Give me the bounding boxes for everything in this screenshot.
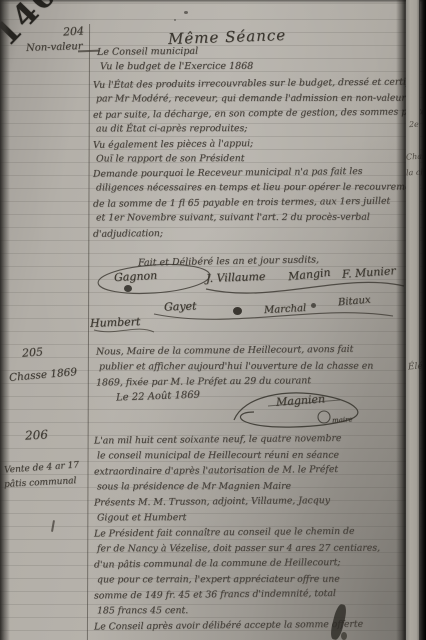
ink-blot [124, 285, 132, 292]
manuscript-line: sous la présidence de Mr Magnien Maire [97, 478, 380, 494]
paper-speck [174, 19, 176, 21]
signature: Gayet [164, 299, 197, 313]
manuscript-line: publier et afficher aujourd'hui l'ouvert… [99, 358, 373, 374]
signature: Marchal [264, 303, 307, 316]
binding-edge [419, 0, 426, 640]
manuscript-line: le conseil municipal de Heillecourt réun… [97, 447, 380, 463]
entry-205-signature-block: Magnien maire [228, 386, 378, 434]
entry-206-body: L'an mil huit cent soixante neuf, le qua… [94, 432, 380, 634]
entry-204-margin-note: Non-valeur [26, 41, 83, 54]
manuscript-line: d'un pâtis communal de la commune de Hei… [94, 555, 380, 573]
adjacent-page-fragment: 2e [409, 120, 419, 129]
register-page: 140 204 Non-valeur Même Séance Le Consei… [0, 0, 426, 640]
manuscript-line: Nous, Maire de la commune de Heillecourt… [96, 342, 373, 360]
paper-speck [184, 11, 188, 14]
entry-204-body: Vu l'État des produits irrecouvrables su… [93, 77, 426, 241]
entry-205-body: Nous, Maire de la commune de Heillecourt… [96, 343, 373, 390]
manuscript-line: au dit État ci-après reproduites; [96, 121, 426, 137]
ink-blot [311, 303, 316, 308]
manuscript-line: L'an mil huit cent soixante neuf, le qua… [94, 431, 380, 449]
entry-204-opening: Le Conseil municipal Vu le budget de l'E… [97, 44, 253, 74]
manuscript-line: extraordinaire d'après l'autorisation de… [94, 462, 380, 480]
manuscript-line: Présents M. M. Trusson, adjoint, Villaum… [94, 493, 380, 511]
signature: Humbert [90, 315, 141, 330]
manuscript-line: fer de Nancy à Vézelise, doit passer sur… [97, 540, 380, 556]
ink-smudge [341, 632, 347, 640]
manuscript-line: Le Conseil municipal [97, 43, 253, 60]
mayor-signature-title: maire [332, 415, 353, 424]
entry-204-number: 204 [63, 24, 85, 38]
manuscript-line: Vu également les pièces à l'appui; [93, 135, 426, 154]
adjacent-page-edge: 2e Chast la ch Élé [406, 0, 420, 640]
manuscript-line: Vu le budget de l'Exercice 1868 [100, 59, 253, 74]
manuscript-line: Le Président fait connaître au conseil q… [94, 524, 380, 542]
entry-204-signatures: Gagnon J. Villaume Mangin F. Munier Gaye… [88, 264, 410, 336]
left-scan-edge [0, 0, 10, 640]
manuscript-line: que pour ce terrain, l'expert appréciate… [97, 571, 380, 587]
entry-205-number: 205 [22, 345, 44, 359]
manuscript-line: somme de 149 fr. 45 et 36 francs d'indem… [94, 586, 380, 604]
signature: J. Villaume [206, 270, 266, 285]
manuscript-line: Gigout et Humbert [97, 509, 380, 525]
entry-206-number: 206 [25, 427, 49, 442]
manuscript-line: d'adjudication; [93, 224, 426, 243]
ink-blot [233, 307, 242, 315]
signature: Gagnon [114, 269, 158, 284]
